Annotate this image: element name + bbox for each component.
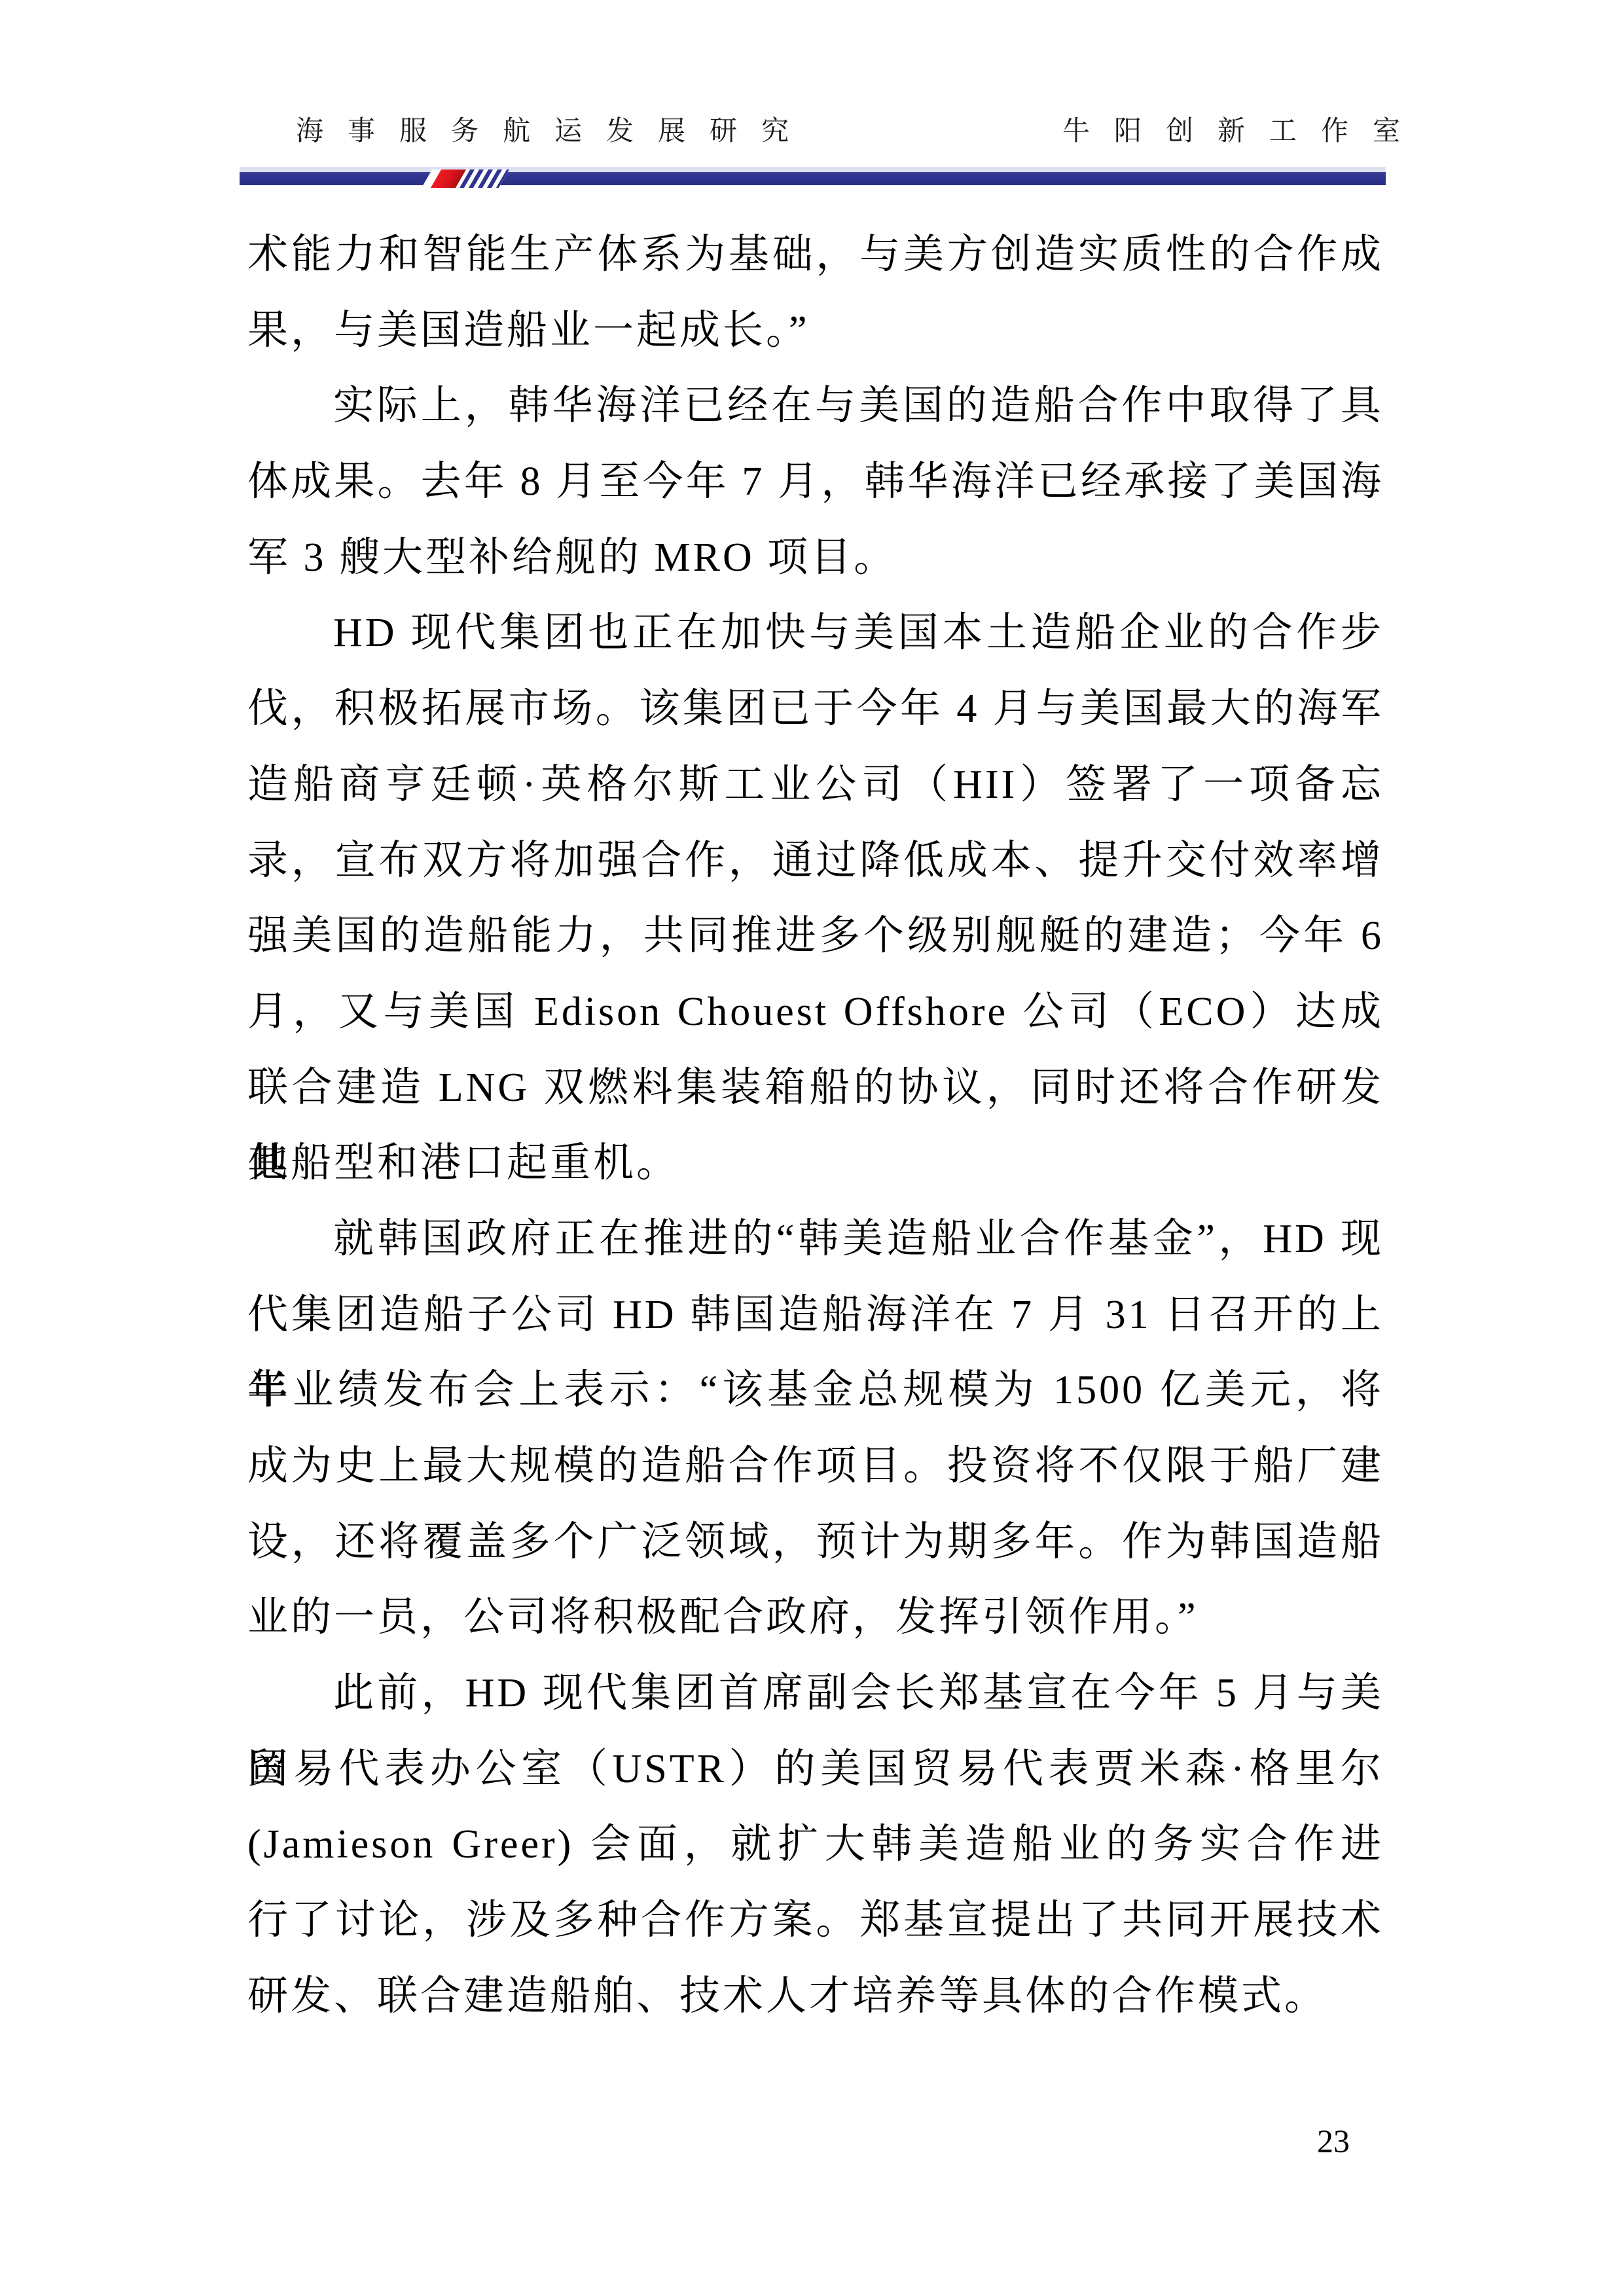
divider-accent-decoration	[422, 170, 509, 188]
body-line: (Jamieson Greer) 会面，就扩大韩美造船业的务实合作进	[247, 1807, 1384, 1883]
document-page: 海事服务航运发展研究 牛阳创新工作室 术能力和智能生产体系为基础，与美方创造实质…	[0, 0, 1624, 2296]
body-line: 录，宣布双方将加强合作，通过降低成本、提升交付效率增	[247, 823, 1384, 899]
body-line: 行了讨论，涉及多种合作方案。郑基宣提出了共同开展技术	[247, 1883, 1384, 1959]
body-line: 业的一员，公司将积极配合政府，发挥引领作用。”	[247, 1580, 1384, 1656]
body-line: 造船商亨廷顿·英格尔斯工业公司（HII）签署了一项备忘	[247, 747, 1384, 823]
body-line: 研发、联合建造船舶、技术人才培养等具体的合作模式。	[247, 1959, 1384, 2035]
body-line: 体成果。去年 8 月至今年 7 月，韩华海洋已经承接了美国海	[247, 444, 1384, 520]
body-line: 月，又与美国 Edison Chouest Offshore 公司（ECO）达成	[247, 975, 1384, 1050]
diagonal-stripes-icon	[460, 170, 509, 188]
body-line: 贸易代表办公室（USTR）的美国贸易代表贾米森·格里尔	[247, 1732, 1384, 1808]
body-line: 他船型和港口起重机。	[247, 1126, 1384, 1202]
header-right-title: 牛阳创新工作室	[1062, 115, 1424, 148]
body-line: 联合建造 LNG 双燃料集装箱船的协议，同时还将合作研发其	[247, 1050, 1384, 1126]
header-left-title: 海事服务航运发展研究	[296, 115, 813, 148]
header-divider	[240, 167, 1386, 185]
body-line: 军 3 艘大型补给舰的 MRO 项目。	[247, 520, 1384, 596]
body-line: 强美国的造船能力，共同推进多个级别舰艇的建造；今年 6	[247, 899, 1384, 975]
body-line: 术能力和智能生产体系为基础，与美方创造实质性的合作成	[247, 217, 1384, 293]
body-line: 果，与美国造船业一起成长。”	[247, 293, 1384, 369]
page-number: 23	[1317, 2122, 1350, 2160]
body-line: 年业绩发布会上表示：“该基金总规模为 1500 亿美元，将	[247, 1353, 1384, 1429]
divider-bar	[240, 172, 1386, 185]
body-line: 设，还将覆盖多个广泛领域，预计为期多年。作为韩国造船	[247, 1505, 1384, 1581]
body-line: 代集团造船子公司 HD 韩国造船海洋在 7 月 31 日召开的上半	[247, 1278, 1384, 1354]
body-line: HD 现代集团也正在加快与美国本土造船企业的合作步	[247, 596, 1384, 672]
divider-light-edge	[240, 167, 1386, 172]
body-text: 术能力和智能生产体系为基础，与美方创造实质性的合作成果，与美国造船业一起成长。”…	[247, 217, 1384, 2035]
body-line: 实际上，韩华海洋已经在与美国的造船合作中取得了具	[247, 368, 1384, 444]
body-line: 成为史上最大规模的造船合作项目。投资将不仅限于船厂建	[247, 1429, 1384, 1505]
body-line: 伐，积极拓展市场。该集团已于今年 4 月与美国最大的海军	[247, 672, 1384, 747]
body-line: 此前，HD 现代集团首席副会长郑基宣在今年 5 月与美国	[247, 1656, 1384, 1732]
body-line: 就韩国政府正在推进的“韩美造船业合作基金”，HD 现	[247, 1202, 1384, 1278]
